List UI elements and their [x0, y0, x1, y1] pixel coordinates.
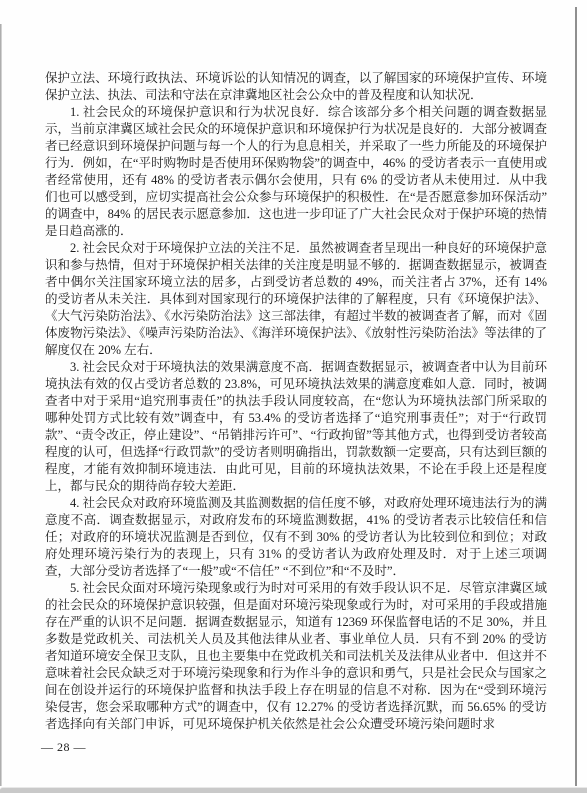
scan-edge-bottom: [0, 787, 587, 793]
page-border-right: [575, 7, 577, 786]
body-paragraph-5: 5. 社会民众面对环境污染现象或行为时对可采用的有效手段认识不足．尽管京津冀区域…: [45, 580, 547, 733]
page-body: 保护立法、环境行政执法、环境诉讼的认知情况的调查，以了解国家的环境保护宣传、环境…: [45, 70, 547, 733]
body-paragraph-3: 3. 社会民众对于环境执法的效果满意度不高．据调查数据显示，被调查者中认为目前环…: [45, 359, 547, 495]
body-paragraph-2: 2. 社会民众对于环境保护立法的关注不足．虽然被调查者呈现出一种良好的环境保护意…: [45, 240, 547, 359]
body-paragraph-continuation: 保护立法、环境行政执法、环境诉讼的认知情况的调查，以了解国家的环境保护宣传、环境…: [45, 70, 547, 104]
body-paragraph-4: 4. 社会民众对政府环境监测及其监测数据的信任度不够，对政府处理环境违法行为的满…: [45, 495, 547, 580]
body-paragraph-1: 1. 社会民众的环境保护意识和行为状况良好．综合该部分多个相关问题的调查数据显示…: [45, 104, 547, 240]
page-number: — 28 —: [41, 740, 86, 755]
scan-edge-left: [0, 24, 2, 786]
scanned-page: 保护立法、环境行政执法、环境诉讼的认知情况的调查，以了解国家的环境保护宣传、环境…: [0, 0, 587, 793]
